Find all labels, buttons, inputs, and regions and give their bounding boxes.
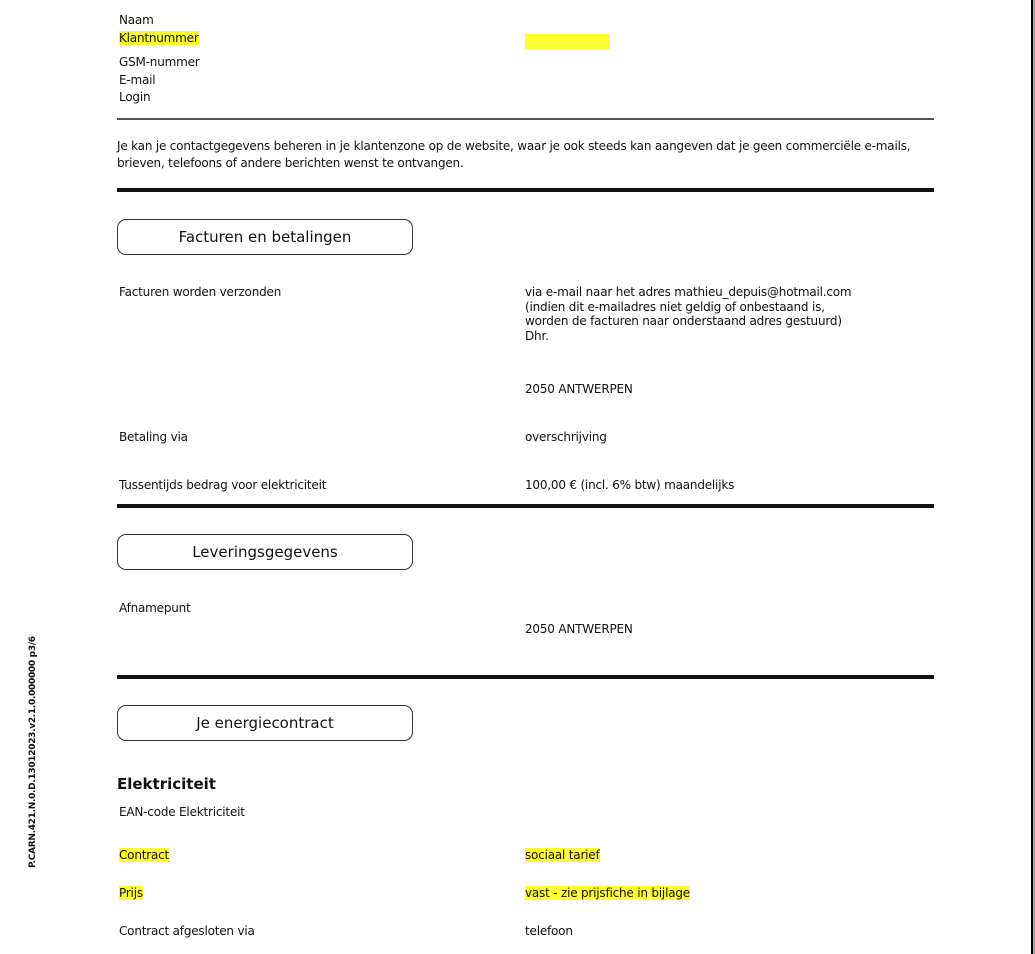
divider-thick	[117, 504, 934, 508]
delivery-address: 2050 ANTWERPEN	[525, 622, 633, 636]
divider-thick	[117, 675, 934, 679]
invoice-delivery-line: Dhr.	[525, 329, 851, 344]
row-value-contract: sociaal tarief	[525, 848, 600, 862]
field-label-naam: Naam	[119, 13, 154, 27]
row-label-contract-via: Contract afgesloten via	[119, 924, 255, 938]
ean-code-label: EAN-code Elektriciteit	[119, 805, 245, 819]
row-value-interim-amount: 100,00 € (incl. 6% btw) maandelijks	[525, 478, 734, 492]
invoice-delivery-line: via e-mail naar het adres mathieu_depuis…	[525, 285, 851, 300]
row-label-payment: Betaling via	[119, 430, 188, 444]
row-value-invoices-sent: via e-mail naar het adres mathieu_depuis…	[525, 285, 851, 343]
row-label-invoices-sent: Facturen worden verzonden	[119, 285, 281, 299]
row-value-payment: overschrijving	[525, 430, 607, 444]
invoice-delivery-line: worden de facturen naar onderstaand adre…	[525, 314, 851, 329]
invoice-address: 2050 ANTWERPEN	[525, 382, 633, 396]
row-value-price: vast - zie prijsfiche in bijlage	[525, 886, 690, 900]
section-header-delivery: Leveringsgegevens	[117, 534, 413, 570]
subheading-electricity: Elektriciteit	[117, 775, 216, 793]
field-label-gsm: GSM-nummer	[119, 55, 200, 69]
section-header-invoices: Facturen en betalingen	[117, 219, 413, 255]
document-reference-code: P.CARN.421.N.0.D.13012023.v2.1.0.000000 …	[28, 636, 38, 868]
row-label-interim-amount: Tussentijds bedrag voor elektriciteit	[119, 478, 326, 492]
divider	[117, 118, 934, 120]
section-header-contract: Je energiecontract	[117, 705, 413, 741]
row-label-contract: Contract	[119, 848, 169, 862]
invoice-delivery-line: (indien dit e-mailadres niet geldig of o…	[525, 300, 851, 315]
field-label-klantnummer: Klantnummer	[119, 31, 199, 45]
field-label-email: E-mail	[119, 73, 155, 87]
field-label-login: Login	[119, 90, 150, 104]
divider-thick	[117, 188, 934, 192]
contact-note: Je kan je contactgegevens beheren in je …	[117, 138, 947, 172]
row-label-delivery-point: Afnamepunt	[119, 601, 191, 615]
row-value-contract-via: telefoon	[525, 924, 573, 938]
row-label-price: Prijs	[119, 886, 143, 900]
klantnummer-redacted-value	[525, 34, 610, 49]
